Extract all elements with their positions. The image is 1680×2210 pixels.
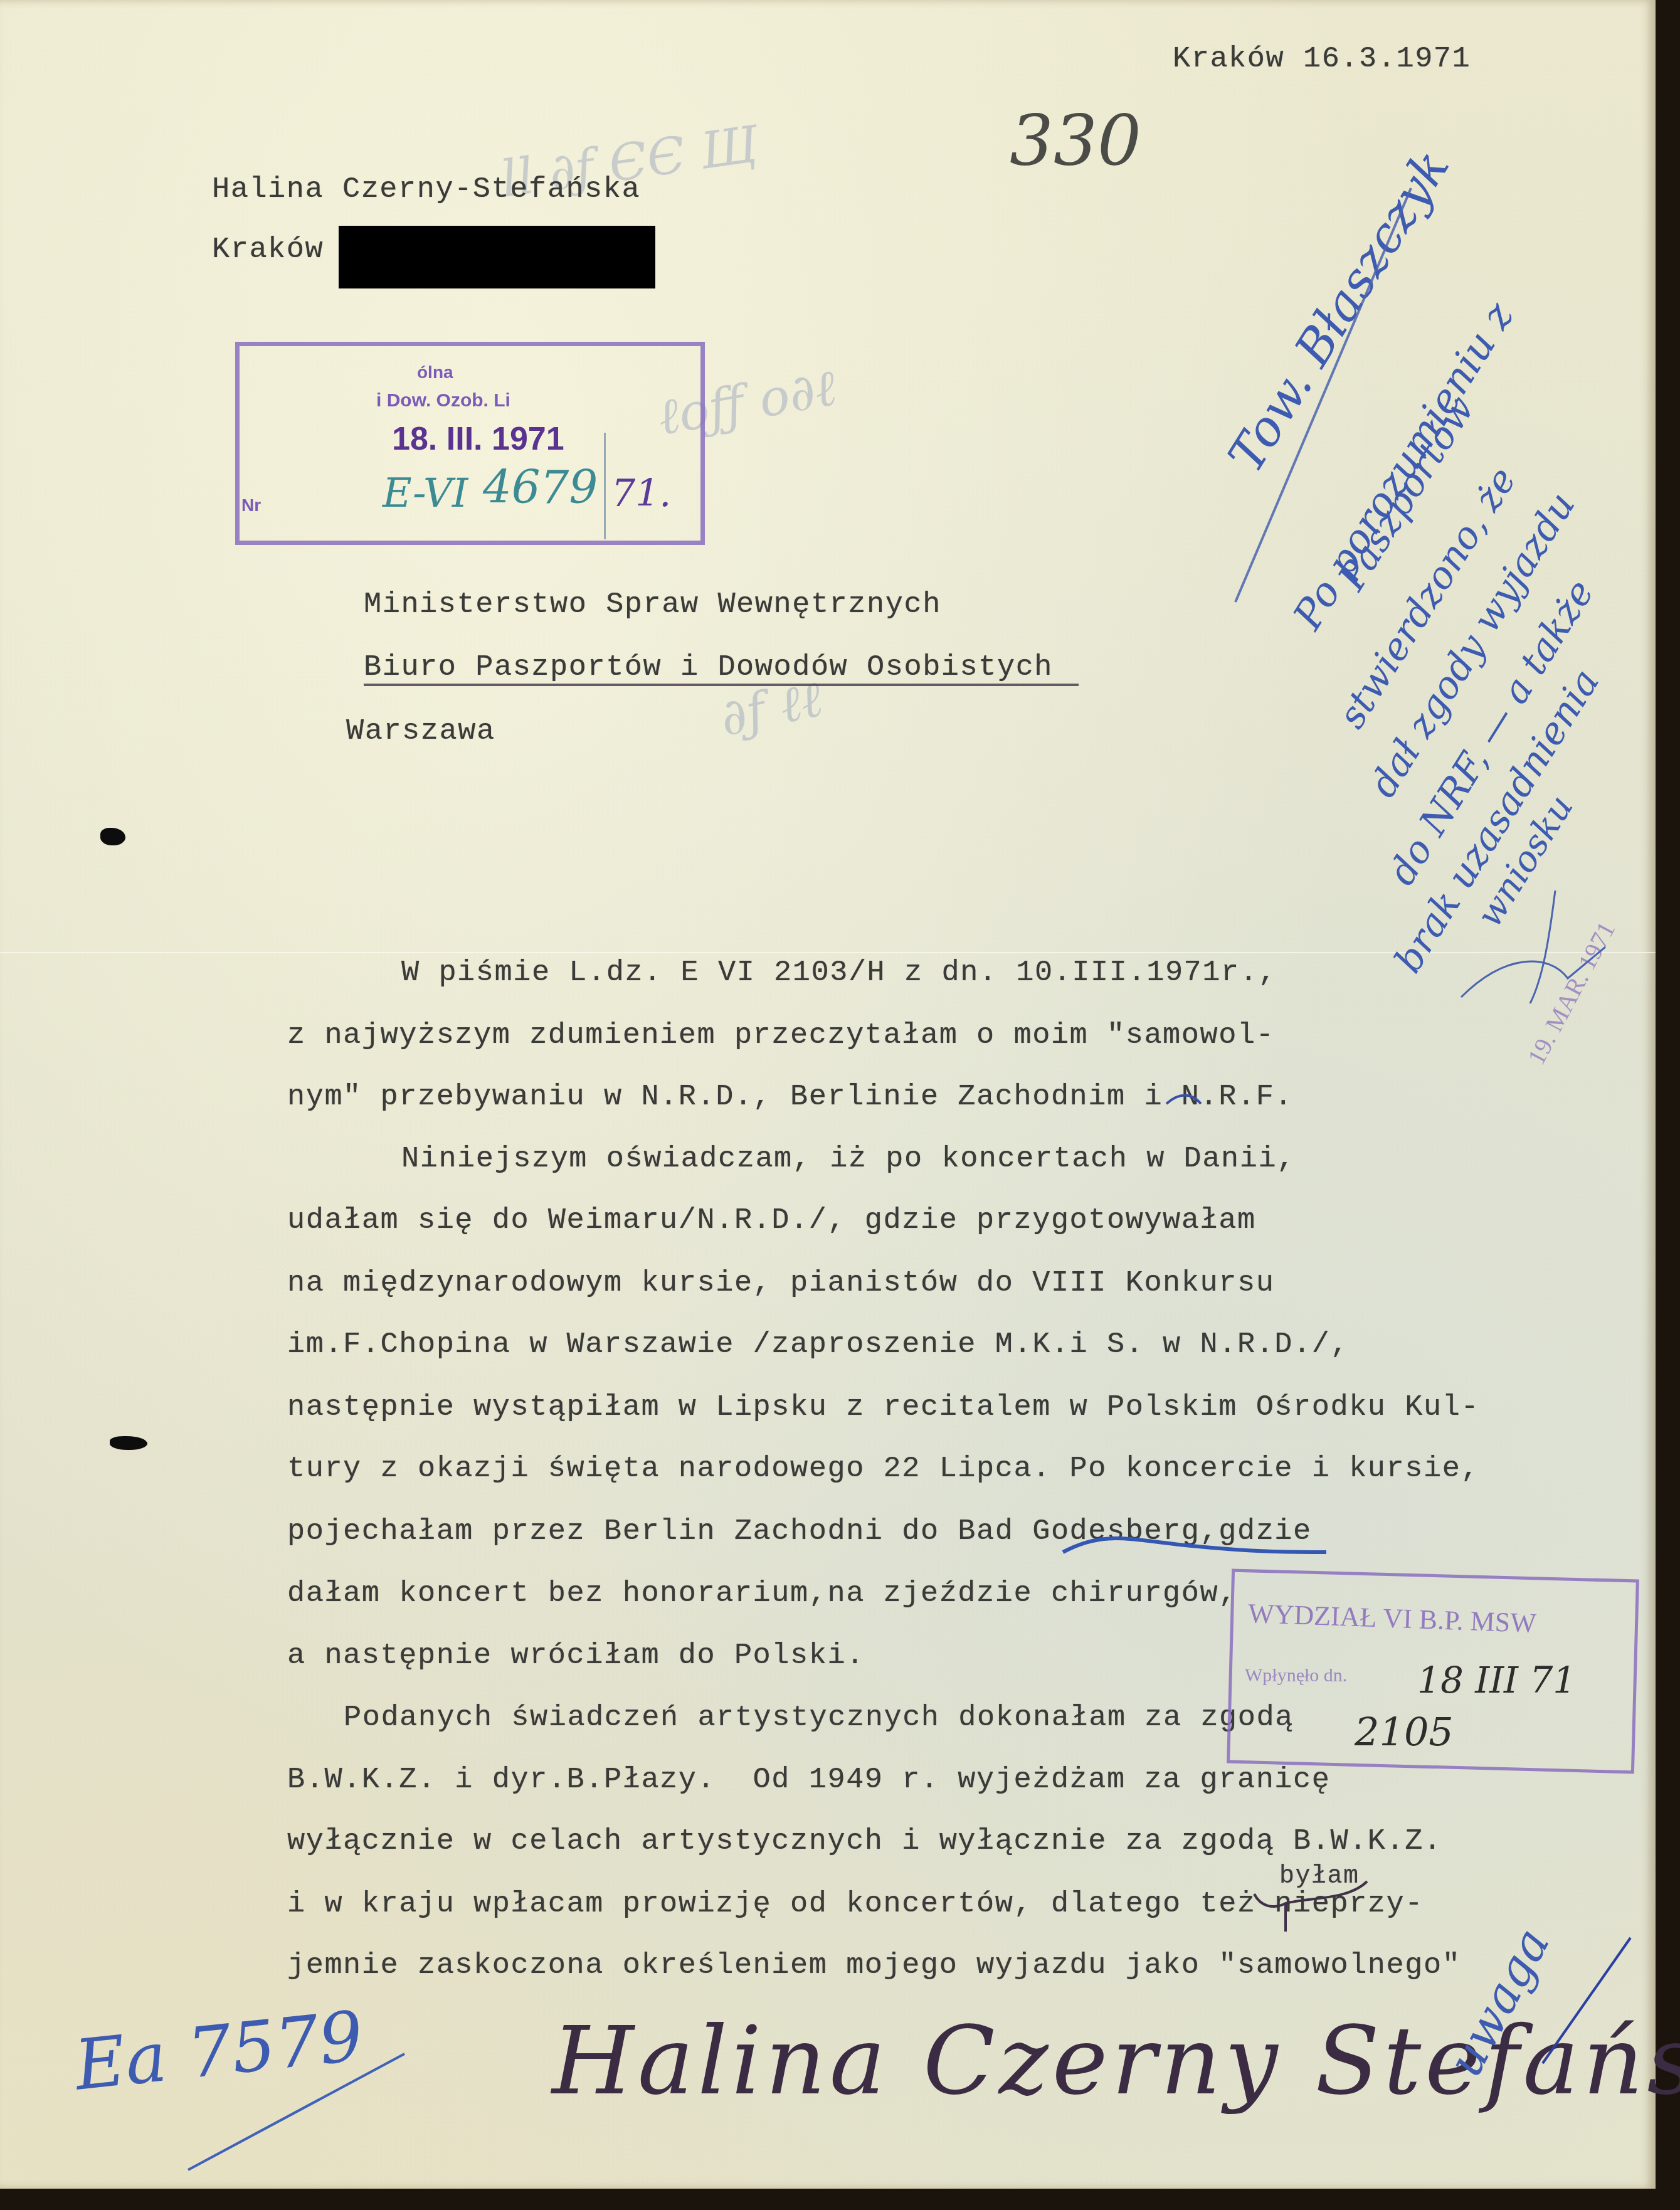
letter-page: ll ∂ƒ ЄЄ Щ ℓoƒƒ o∂ℓ ∂ƒ ℓℓ Kraków 16.3.19… — [0, 0, 1656, 2189]
pen-strokes — [0, 0, 1656, 2189]
